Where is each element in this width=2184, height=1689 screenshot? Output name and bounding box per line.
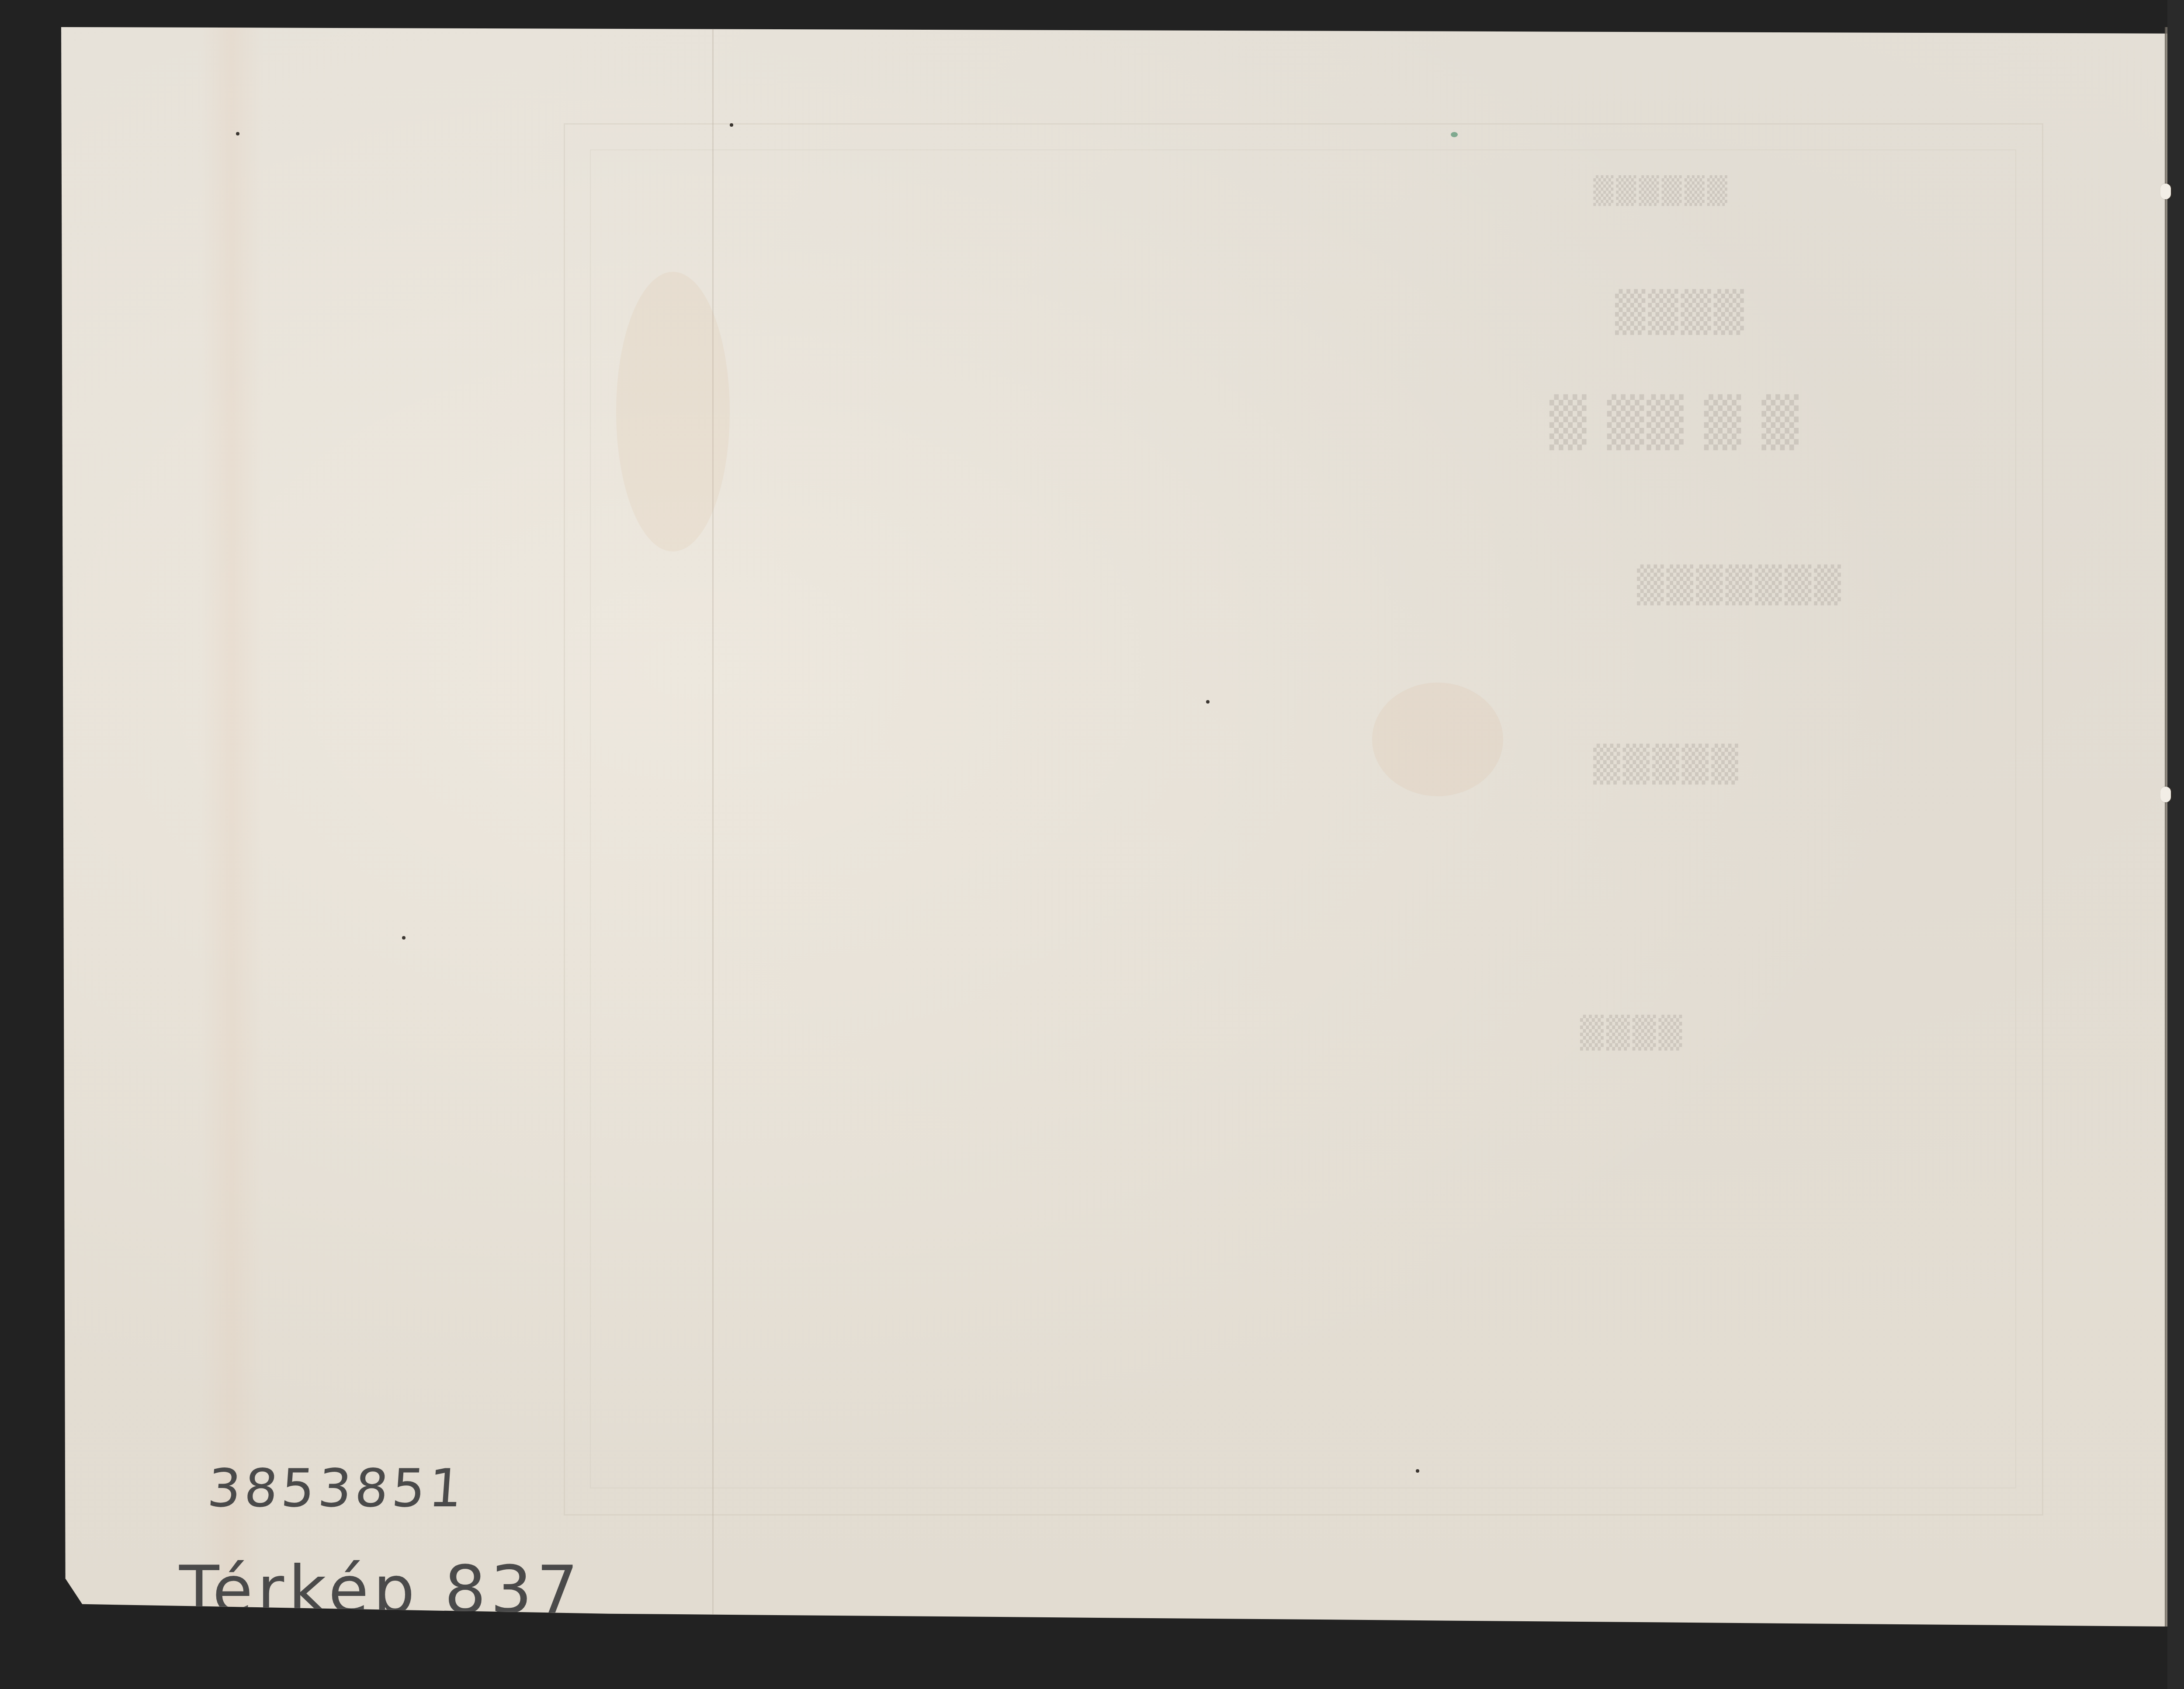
bleed-through-text: ▒▒▒▒ bbox=[1577, 1015, 1682, 1051]
bleed-through-map-inner-border bbox=[590, 149, 2016, 1488]
bleed-through-text: ▒ ▒ ▒▒ ▒ bbox=[1547, 394, 1799, 450]
pencil-catalog-number: 3853851 bbox=[205, 1458, 468, 1519]
binding-stitch bbox=[2160, 787, 2171, 802]
paper-speck bbox=[236, 132, 239, 135]
foxing-stain bbox=[616, 272, 730, 551]
paper-speck bbox=[402, 936, 406, 940]
paper-tone-band bbox=[201, 27, 262, 1627]
paper-speck-green bbox=[1451, 132, 1458, 137]
binding-stitch bbox=[2160, 184, 2171, 199]
binding-strip bbox=[2167, 0, 2184, 1689]
bleed-through-text: ▒▒▒▒▒▒ bbox=[1591, 176, 1727, 206]
paper-speck bbox=[730, 123, 733, 127]
bleed-through-text: ▒▒▒▒▒ bbox=[1591, 744, 1738, 784]
paper-speck bbox=[1206, 700, 1210, 704]
paper-speck bbox=[1416, 1469, 1419, 1473]
bleed-through-text: ▒▒▒▒▒▒▒ bbox=[1634, 565, 1841, 605]
foxing-stain bbox=[1372, 683, 1503, 796]
bleed-through-text: ▒▒▒▒ bbox=[1612, 289, 1744, 335]
map-reverse-sheet: ▒▒▒▒▒▒ ▒▒▒▒ ▒ ▒ ▒▒ ▒ ▒▒▒▒▒▒▒ ▒▒▒▒▒ ▒▒▒▒ … bbox=[61, 27, 2167, 1627]
